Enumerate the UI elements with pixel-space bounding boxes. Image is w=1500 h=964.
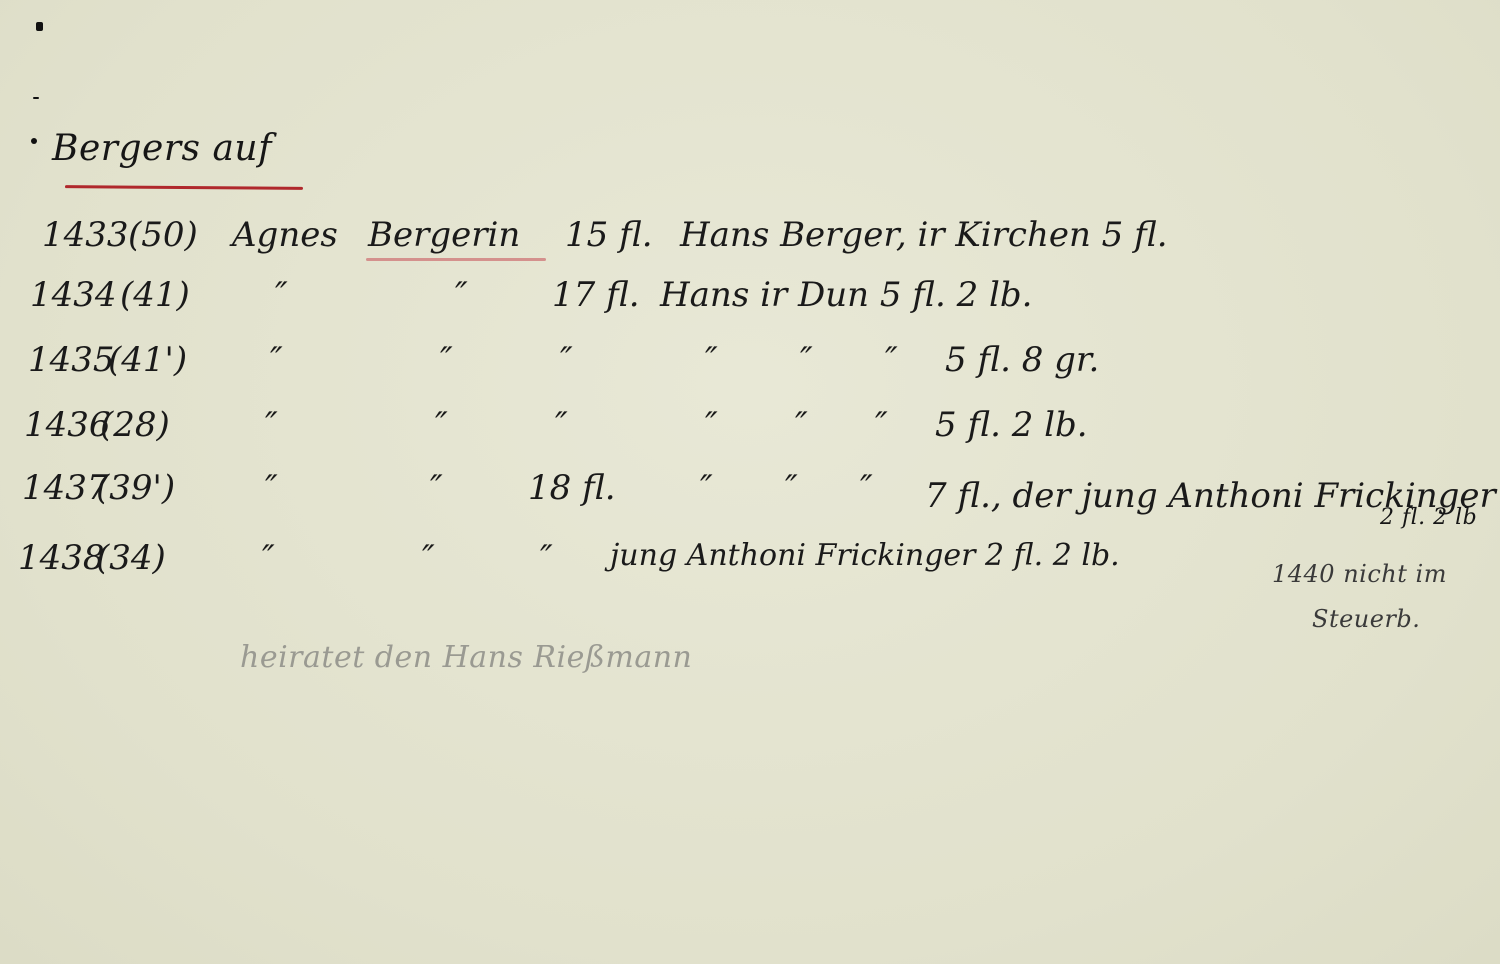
ref: (34) [96,538,166,578]
document-heading: Bergers auf [52,128,272,169]
note: Hans ir Dun 5 fl. 2 lb. [660,275,1033,315]
ditto: ″ [785,468,798,508]
entry-row-1437: 1437 (39') ″ ″ 18 fl. ″ ″ ″ 7 fl., der j… [0,468,1500,518]
surname: Bergerin [368,215,520,255]
ditto: ″ [275,275,288,315]
ditto: ″ [885,340,898,380]
ditto: ″ [705,340,718,380]
amount: 5 fl. 8 gr. [945,340,1099,380]
ditto: ″ [262,538,275,578]
ditto: ″ [875,405,888,445]
ref: (39') [96,468,175,508]
ditto: ″ [540,538,553,578]
amount: 18 fl. [528,468,616,508]
ditto: ″ [265,468,278,508]
ditto: ″ [440,340,453,380]
ditto: ″ [422,538,435,578]
ditto: ″ [555,405,568,445]
punch-hole-top [36,22,43,31]
ditto: ″ [560,340,573,380]
ditto: ″ [705,405,718,445]
year: 1438 [18,538,105,578]
entry-row-1435: 1435 (41') ″ ″ ″ ″ ″ ″ 5 fl. 8 gr. [0,340,1500,390]
ditto: ″ [270,340,283,380]
pencil-note: heiratet den Hans Rießmann [240,640,692,675]
amount: 17 fl. [552,275,640,315]
ditto: ″ [455,275,468,315]
note: jung Anthoni Frickinger 2 fl. 2 lb. [610,538,1120,573]
ditto: ″ [800,340,813,380]
ref: (28) [100,405,170,445]
ref: (41) [120,275,190,315]
ditto: ″ [795,405,808,445]
ditto: ″ [700,468,713,508]
note-continuation: 2 fl. 2 lb [1380,505,1477,530]
margin-note-line1: 1440 nicht im [1272,560,1447,588]
amount: 5 fl. 2 lb. [935,405,1088,445]
margin-note-line2: Steuerb. [1312,605,1420,633]
year: 1435 [28,340,115,380]
entry-row-1436: 1436 (28) ″ ″ ″ ″ ″ ″ 5 fl. 2 lb. [0,405,1500,455]
year: 1436 [24,405,111,445]
amount: 15 fl. [565,215,653,255]
ditto: ″ [430,468,443,508]
entry-row-1433: 1433 (50) Agnes Bergerin 15 fl. Hans Ber… [0,215,1500,265]
bullet-mark [31,138,37,144]
ref: (41') [108,340,187,380]
year: 1433 [42,215,129,255]
surname-underline [366,258,546,261]
ditto: ″ [860,468,873,508]
ditto: ″ [435,405,448,445]
ref: (50) [128,215,198,255]
given-name: Agnes [232,215,338,255]
note: Hans Berger, ir Kirchen 5 fl. [680,215,1168,255]
ditto: ″ [265,405,278,445]
entry-row-1434: 1434 (41) ″ ″ 17 fl. Hans ir Dun 5 fl. 2… [0,275,1500,325]
year: 1434 [30,275,117,315]
heading-underline [65,185,303,190]
punch-mark-middle [33,97,39,99]
